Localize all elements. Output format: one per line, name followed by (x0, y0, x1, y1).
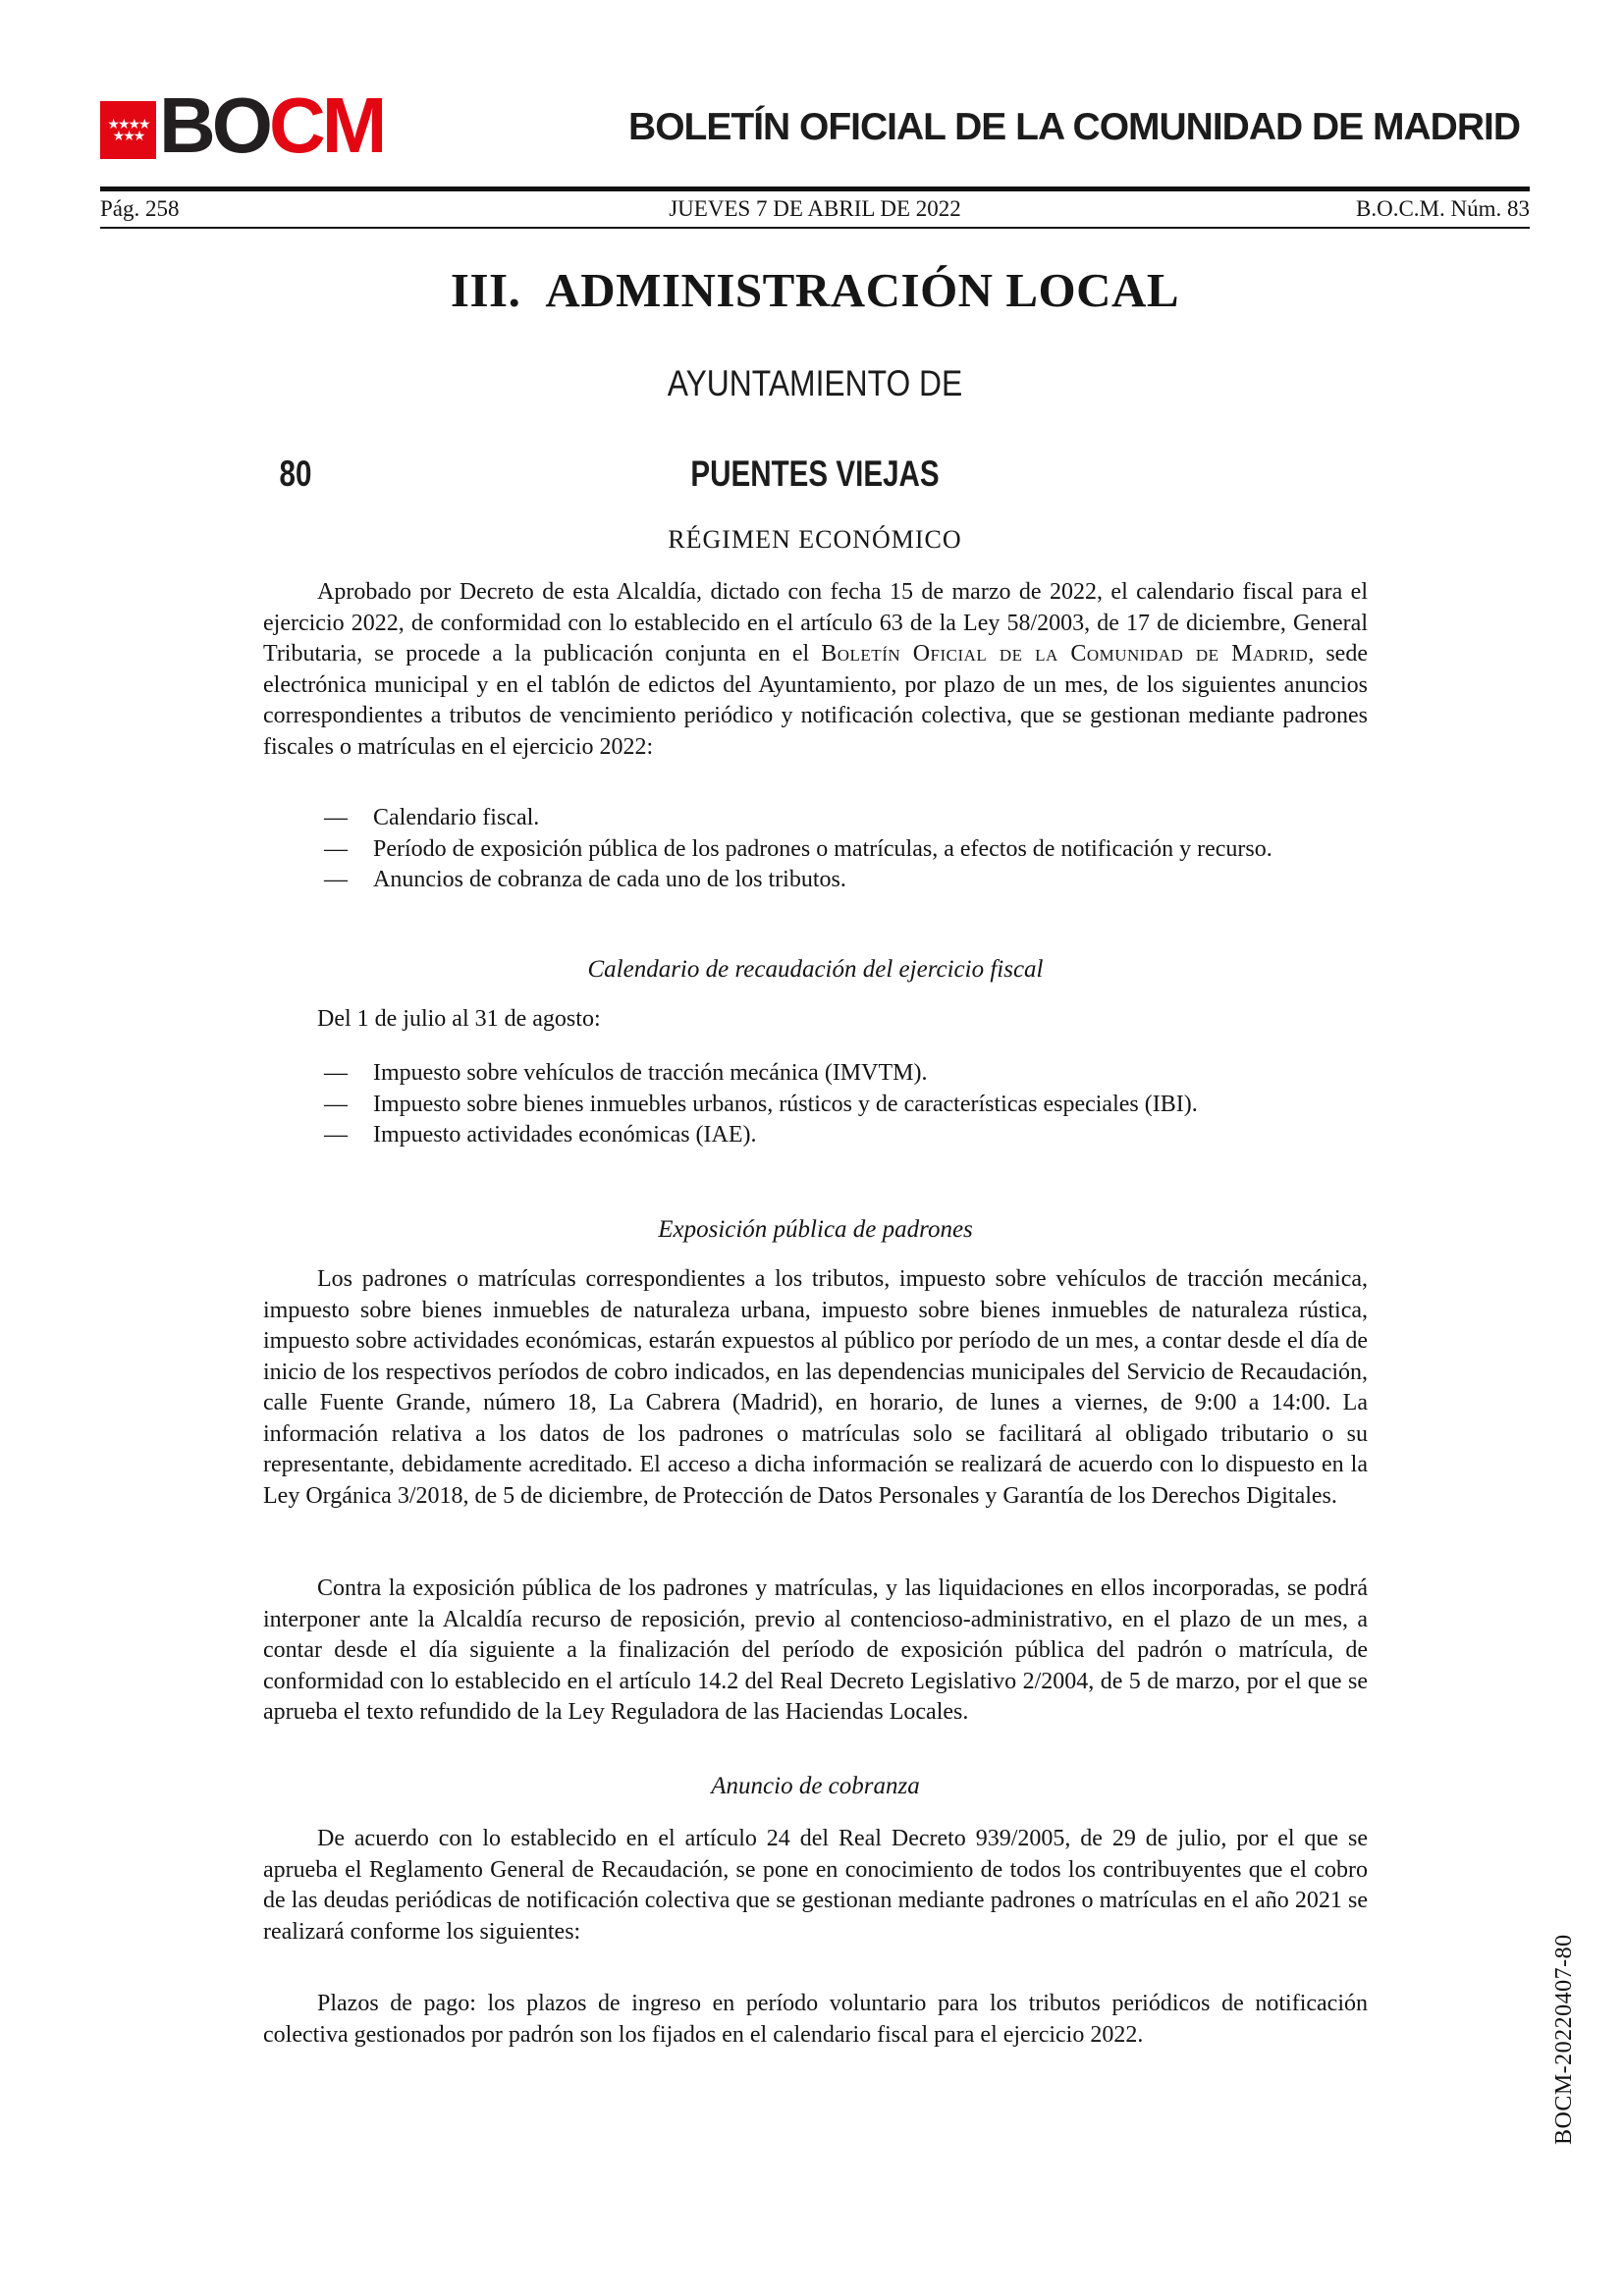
list-item-text: Impuesto actividades económicas (IAE). (373, 1120, 1368, 1151)
madrid-stars-row-bottom: ★★★ (113, 131, 144, 142)
list-item: — Impuesto actividades económicas (IAE). (263, 1120, 1368, 1151)
dash-marker-icon: — (324, 1090, 373, 1121)
list-item-text: Impuesto sobre bienes inmuebles urbanos,… (373, 1090, 1368, 1121)
list-item-text: Anuncios de cobranza de cada uno de los … (373, 865, 1368, 896)
list-item: — Anuncios de cobranza de cada uno de lo… (263, 865, 1368, 896)
dash-marker-icon: — (324, 803, 373, 834)
bocm-flag-logo-icon: ★★★★ ★★★ (100, 101, 156, 159)
body-column: Aprobado por Decreto de esta Alcaldía, d… (263, 0, 1368, 2296)
paragraph-period: Del 1 de julio al 31 de agosto: (263, 1004, 1368, 1036)
list-item: — Impuesto sobre bienes inmuebles urbano… (263, 1090, 1368, 1121)
paragraph-exposure-1: Los padrones o matrículas correspondient… (263, 1264, 1368, 1512)
dash-marker-icon: — (324, 865, 373, 896)
dash-marker-icon: — (324, 1120, 373, 1151)
list-item-text: Período de exposición pública de los pad… (373, 834, 1368, 866)
paragraph-approval-smallcaps: Boletín Oficial de la Comunidad de Madri… (821, 641, 1308, 667)
paragraph-exposure-2: Contra la exposición pública de los padr… (263, 1574, 1368, 1729)
side-reference-code-text: BOCM-20220407-80 (1551, 1934, 1578, 2145)
list-item-text: Calendario fiscal. (373, 803, 1368, 834)
announcement-list: — Calendario fiscal. — Período de exposi… (263, 803, 1368, 896)
dash-marker-icon: — (324, 834, 373, 866)
heading-exposure: Exposición pública de padrones (263, 1214, 1368, 1245)
list-item: — Calendario fiscal. (263, 803, 1368, 834)
tax-list: — Impuesto sobre vehículos de tracción m… (263, 1058, 1368, 1151)
bocm-document-page: ★★★★ ★★★ BOCM BOLETÍN OFICIAL DE LA COMU… (0, 0, 1623, 2296)
issue-number-label: B.O.C.M. Núm. 83 (1356, 195, 1530, 223)
heading-collection: Anuncio de cobranza (263, 1771, 1368, 1801)
paragraph-collection-1: De acuerdo con lo establecido en el artí… (263, 1824, 1368, 1948)
bocm-wordmark-bo: BO (159, 81, 269, 169)
paragraph-collection-2: Plazos de pago: los plazos de ingreso en… (263, 1989, 1368, 2051)
list-item: — Período de exposición pública de los p… (263, 834, 1368, 866)
paragraph-approval: Aprobado por Decreto de esta Alcaldía, d… (263, 577, 1368, 763)
dash-marker-icon: — (324, 1058, 373, 1090)
list-item-text: Impuesto sobre vehículos de tracción mec… (373, 1058, 1368, 1090)
heading-calendar: Calendario de recaudación del ejercicio … (263, 954, 1368, 985)
list-item: — Impuesto sobre vehículos de tracción m… (263, 1058, 1368, 1090)
